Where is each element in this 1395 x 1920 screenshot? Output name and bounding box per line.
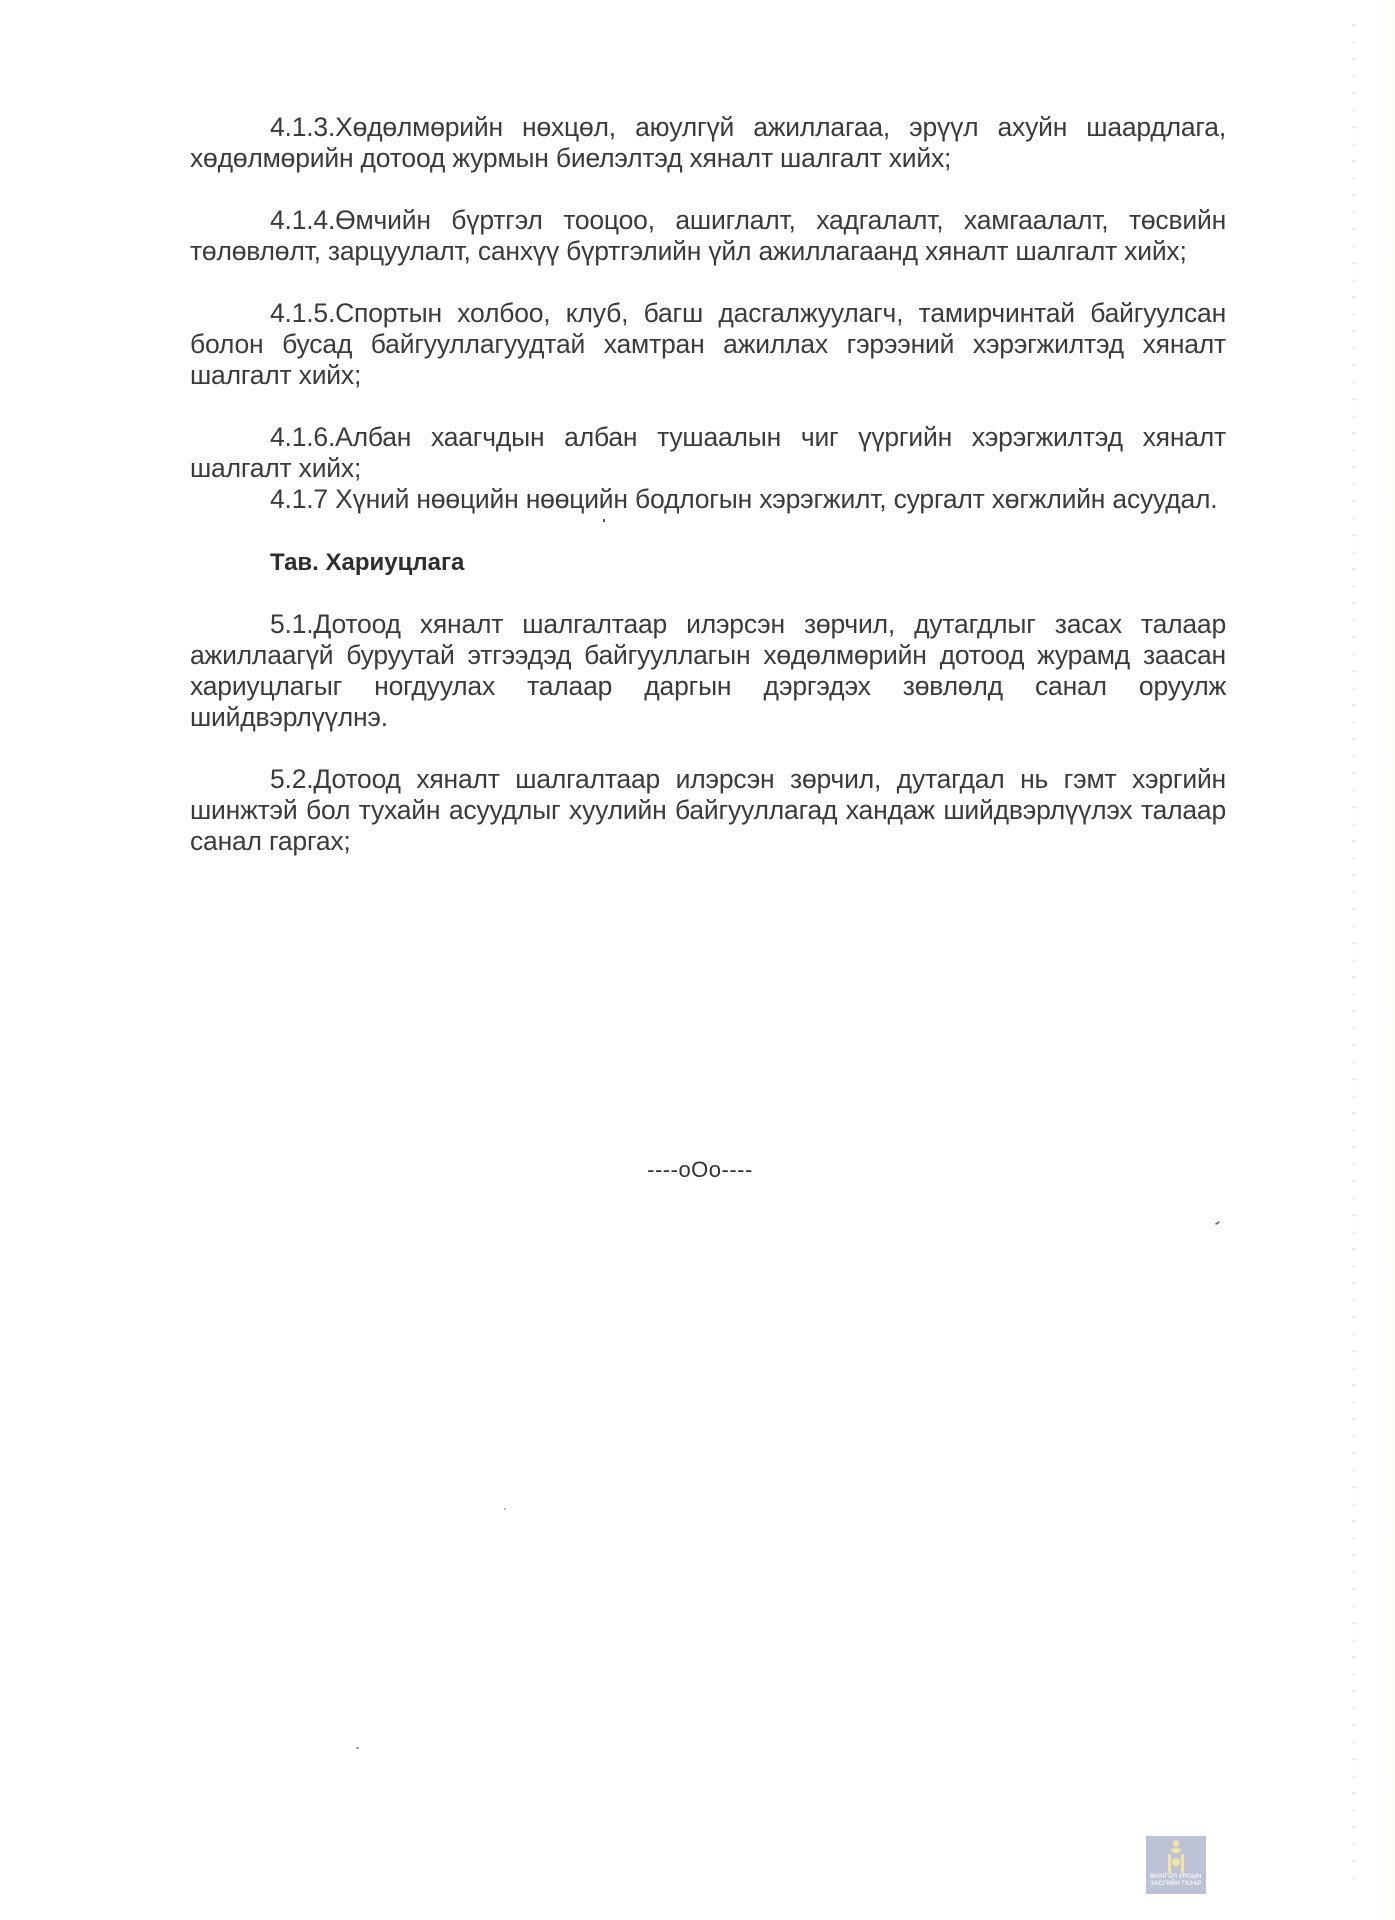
scanned-document-page: 4.1.3.Хөдөлмөрийн нөхцөл, аюулгүй ажилла…	[0, 0, 1395, 1920]
paragraph-4-1-6: 4.1.6.Албан хаагчдын албан тушаалын чиг …	[190, 422, 1226, 484]
government-logo-badge: МОНГОЛ УЛСЫН ЗАСГИЙН ГАЗАР	[1146, 1836, 1206, 1894]
scan-page-edge	[1380, 0, 1395, 1920]
document-body: 4.1.3.Хөдөлмөрийн нөхцөл, аюулгүй ажилла…	[190, 112, 1226, 857]
paragraph-4-1-7: 4.1.7 Хүний нөөцийн нөөцийн бодлогын хэр…	[190, 484, 1226, 515]
section-5-heading: Тав. Хариуцлага	[270, 547, 1226, 578]
paragraph-4-1-3: 4.1.3.Хөдөлмөрийн нөхцөл, аюулгүй ажилла…	[190, 112, 1226, 174]
scan-speck	[1215, 1221, 1220, 1225]
paragraph-4-1-4: 4.1.4.Өмчийн бүртгэл тооцоо, ашиглалт, х…	[190, 205, 1226, 267]
soyombo-icon	[1166, 1840, 1186, 1874]
scan-speck	[356, 1747, 359, 1749]
spacer	[190, 515, 1226, 547]
scan-speck	[504, 1508, 506, 1510]
scan-artifact-line	[1352, 10, 1356, 1890]
paragraph-4-1-5: 4.1.5.Спортын холбоо, клуб, багш дасгалж…	[190, 298, 1226, 391]
logo-text-line1: МОНГОЛ УЛСЫН	[1150, 1874, 1201, 1881]
scan-speck	[603, 519, 605, 522]
paragraph-5-1: 5.1.Дотоод хяналт шалгалтаар илэрсэн зөр…	[190, 609, 1226, 733]
logo-text-line2: ЗАСГИЙН ГАЗАР	[1150, 1881, 1201, 1888]
end-of-document-separator: ----oOo----	[640, 1157, 760, 1183]
paragraph-5-2: 5.2.Дотоод хяналт шалгалтаар илэрсэн зөр…	[190, 764, 1226, 857]
